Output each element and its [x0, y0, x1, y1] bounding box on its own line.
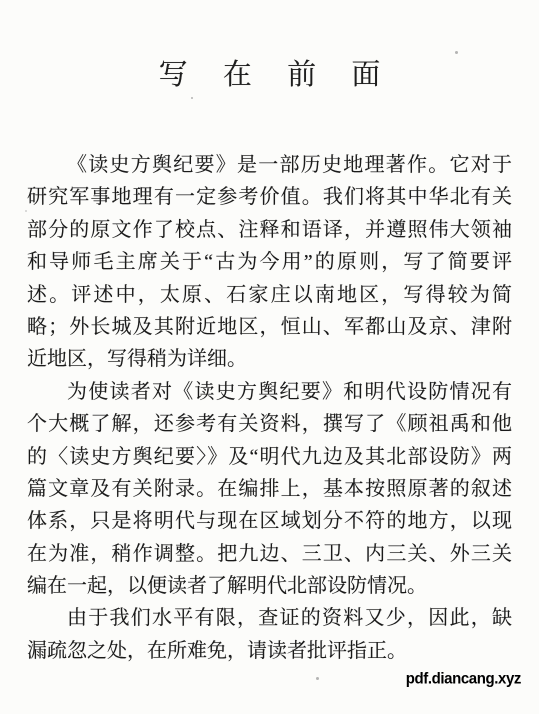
body-line: 《读史方舆纪要》是一部历史地理著作。它对于	[27, 149, 512, 181]
scan-speck	[316, 677, 319, 680]
scanned-book-page: { "page": { "title": "写 在 前 面", "body_li…	[0, 0, 539, 714]
body-line: 在为准，稍作调整。把九边、三卫、内三关、外三关	[27, 538, 512, 570]
body-text: 《读史方舆纪要》是一部历史地理著作。它对于 研究军事地理有一定参考价值。我们将其…	[27, 149, 512, 667]
body-line: 和导师毛主席关于“古为今用”的原则，写了简要评	[27, 246, 512, 278]
page-title: 写 在 前 面	[0, 52, 539, 93]
body-line: 体系，只是将明代与现在区域划分不符的地方，以现	[27, 505, 512, 537]
scan-speck	[455, 51, 458, 54]
body-line: 编在一起，以便读者了解明代北部设防情况。	[27, 570, 512, 602]
body-line: 为使读者对《读史方舆纪要》和明代设防情况有	[27, 376, 512, 408]
watermark-text: pdf.diancang.xyz	[406, 670, 521, 688]
body-line: 略；外长城及其附近地区，恒山、军都山及京、津附	[27, 311, 512, 343]
body-line: 部分的原文作了校点、注释和语译，并遵照伟大领袖	[27, 214, 512, 246]
body-line: 篇文章及有关附录。在编排上，基本按照原著的叙述	[27, 473, 512, 505]
body-line: 的〈读史方舆纪要〉》及“明代九边及其北部设防》两	[27, 441, 512, 473]
scan-speck	[25, 210, 27, 212]
body-line: 漏疏忽之处，在所难免，请读者批评指正。	[27, 635, 512, 667]
body-line: 研究军事地理有一定参考价值。我们将其中华北有关	[27, 181, 512, 213]
scan-speck	[191, 97, 193, 99]
body-line: 近地区，写得稍为详细。	[27, 343, 512, 375]
body-line: 个大概了解，还参考有关资料，撰写了《顾祖禹和他	[27, 408, 512, 440]
body-line: 述。评述中，太原、石家庄以南地区，写得较为简	[27, 279, 512, 311]
body-line: 由于我们水平有限，查证的资料又少，因此，缺	[27, 602, 512, 634]
